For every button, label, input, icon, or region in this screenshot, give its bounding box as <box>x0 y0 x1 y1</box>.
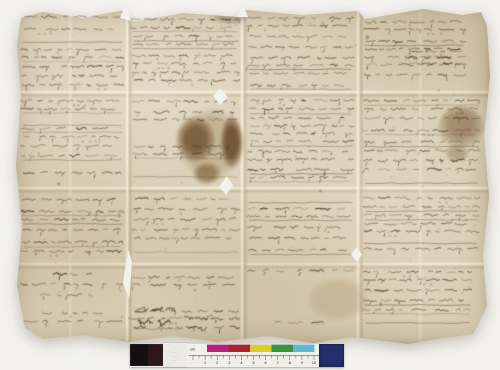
cm-ruler: cm12345678910·· ···· ······ ····· ···· ·… <box>187 344 322 367</box>
ruler-number: 4 <box>240 361 242 365</box>
grayscale-patch <box>130 344 163 366</box>
ruler-number: 8 <box>289 361 291 365</box>
photo-backdrop: ······················ cm12345678910·· ·… <box>0 0 500 370</box>
ruler-number: 2 <box>216 361 218 365</box>
ruler-caption: ·· ···· ······ ····· ···· ·· <box>243 365 263 367</box>
swatch-magenta <box>207 345 229 352</box>
cm-label: cm <box>190 347 196 352</box>
ruler-number: 3 <box>228 361 230 365</box>
ruler-number: 7 <box>277 361 279 365</box>
handwriting-layer <box>0 0 500 370</box>
ruler-number: 10 <box>312 361 316 365</box>
ruler-card: cm12345678910·· ···· ······ ····· ···· ·… <box>187 344 322 367</box>
ruler-number: 9 <box>301 361 303 365</box>
ruler-number: 1 <box>204 361 206 365</box>
swatch-crimson <box>229 345 251 352</box>
archive-label-card: ······················ <box>163 343 187 367</box>
archive-label-text: ······················ <box>163 343 187 367</box>
navy-end-swatch <box>319 344 344 367</box>
swatch-yellow <box>250 345 272 352</box>
label-line: ···· <box>173 359 177 363</box>
color-calibration-bar: ······················ cm12345678910·· ·… <box>130 343 344 367</box>
ruler-number: 6 <box>265 361 267 365</box>
swatch-cyan <box>293 345 315 352</box>
ruler-number: 5 <box>252 361 254 365</box>
swatch-green <box>272 345 294 352</box>
